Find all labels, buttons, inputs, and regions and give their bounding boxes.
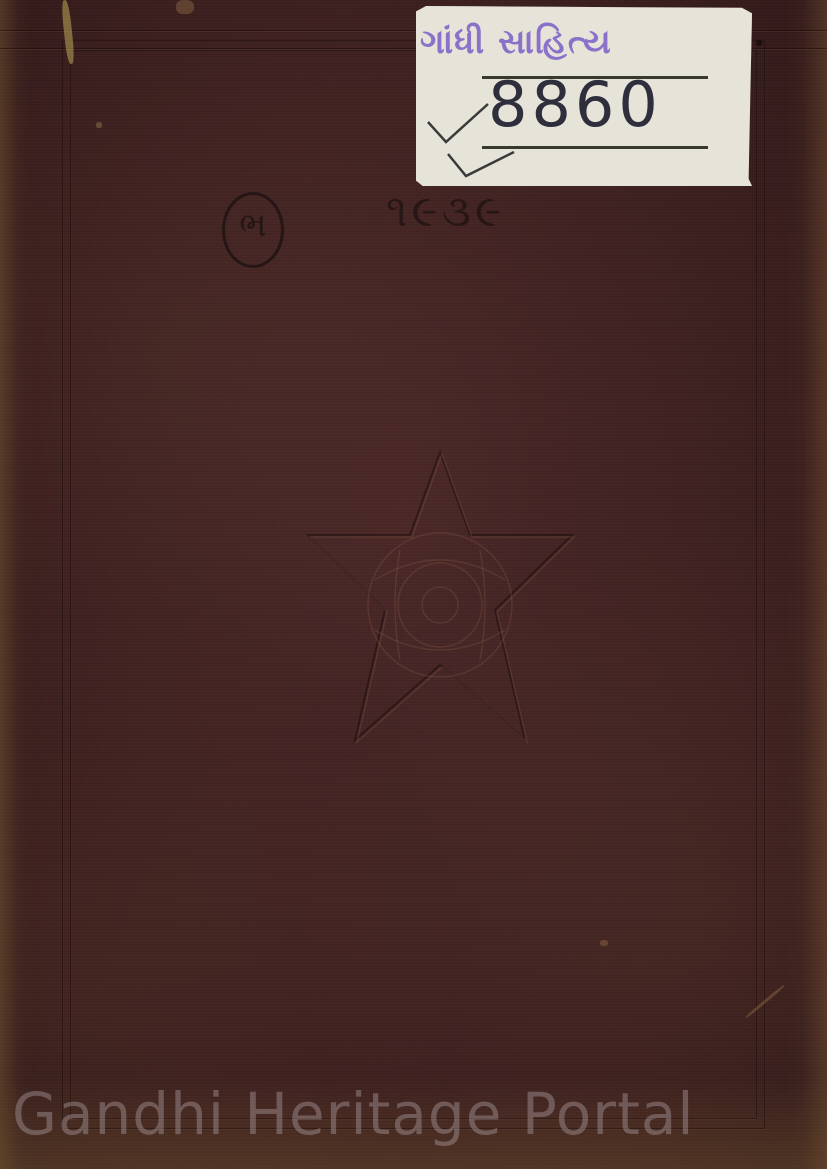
handwritten-number: ૧૯૩૯ xyxy=(386,186,505,237)
worn-left-edge xyxy=(0,0,30,1169)
library-label: ગાંધી સાહિત્ય 8860 xyxy=(416,6,752,186)
watermark-text: Gandhi Heritage Portal xyxy=(12,1080,695,1148)
hole-mark xyxy=(756,40,762,46)
library-stamp-text: ગાંધી સાહિત્ય xyxy=(416,22,756,62)
book-cover: ગાંધી સાહિત્ય 8860 ભ ૧૯૩૯ Gandhi Heritag… xyxy=(0,0,827,1169)
embossed-star-emblem-icon xyxy=(290,440,590,760)
check-mark-icon xyxy=(426,102,516,182)
scuff-mark xyxy=(96,122,102,128)
scuff-mark xyxy=(600,940,608,946)
handwritten-letter: ભ xyxy=(225,205,281,245)
circled-handwritten-letter: ભ xyxy=(222,192,284,268)
accession-number: 8860 xyxy=(488,68,714,141)
worn-right-edge xyxy=(787,0,827,1169)
scuff-mark xyxy=(176,0,194,14)
